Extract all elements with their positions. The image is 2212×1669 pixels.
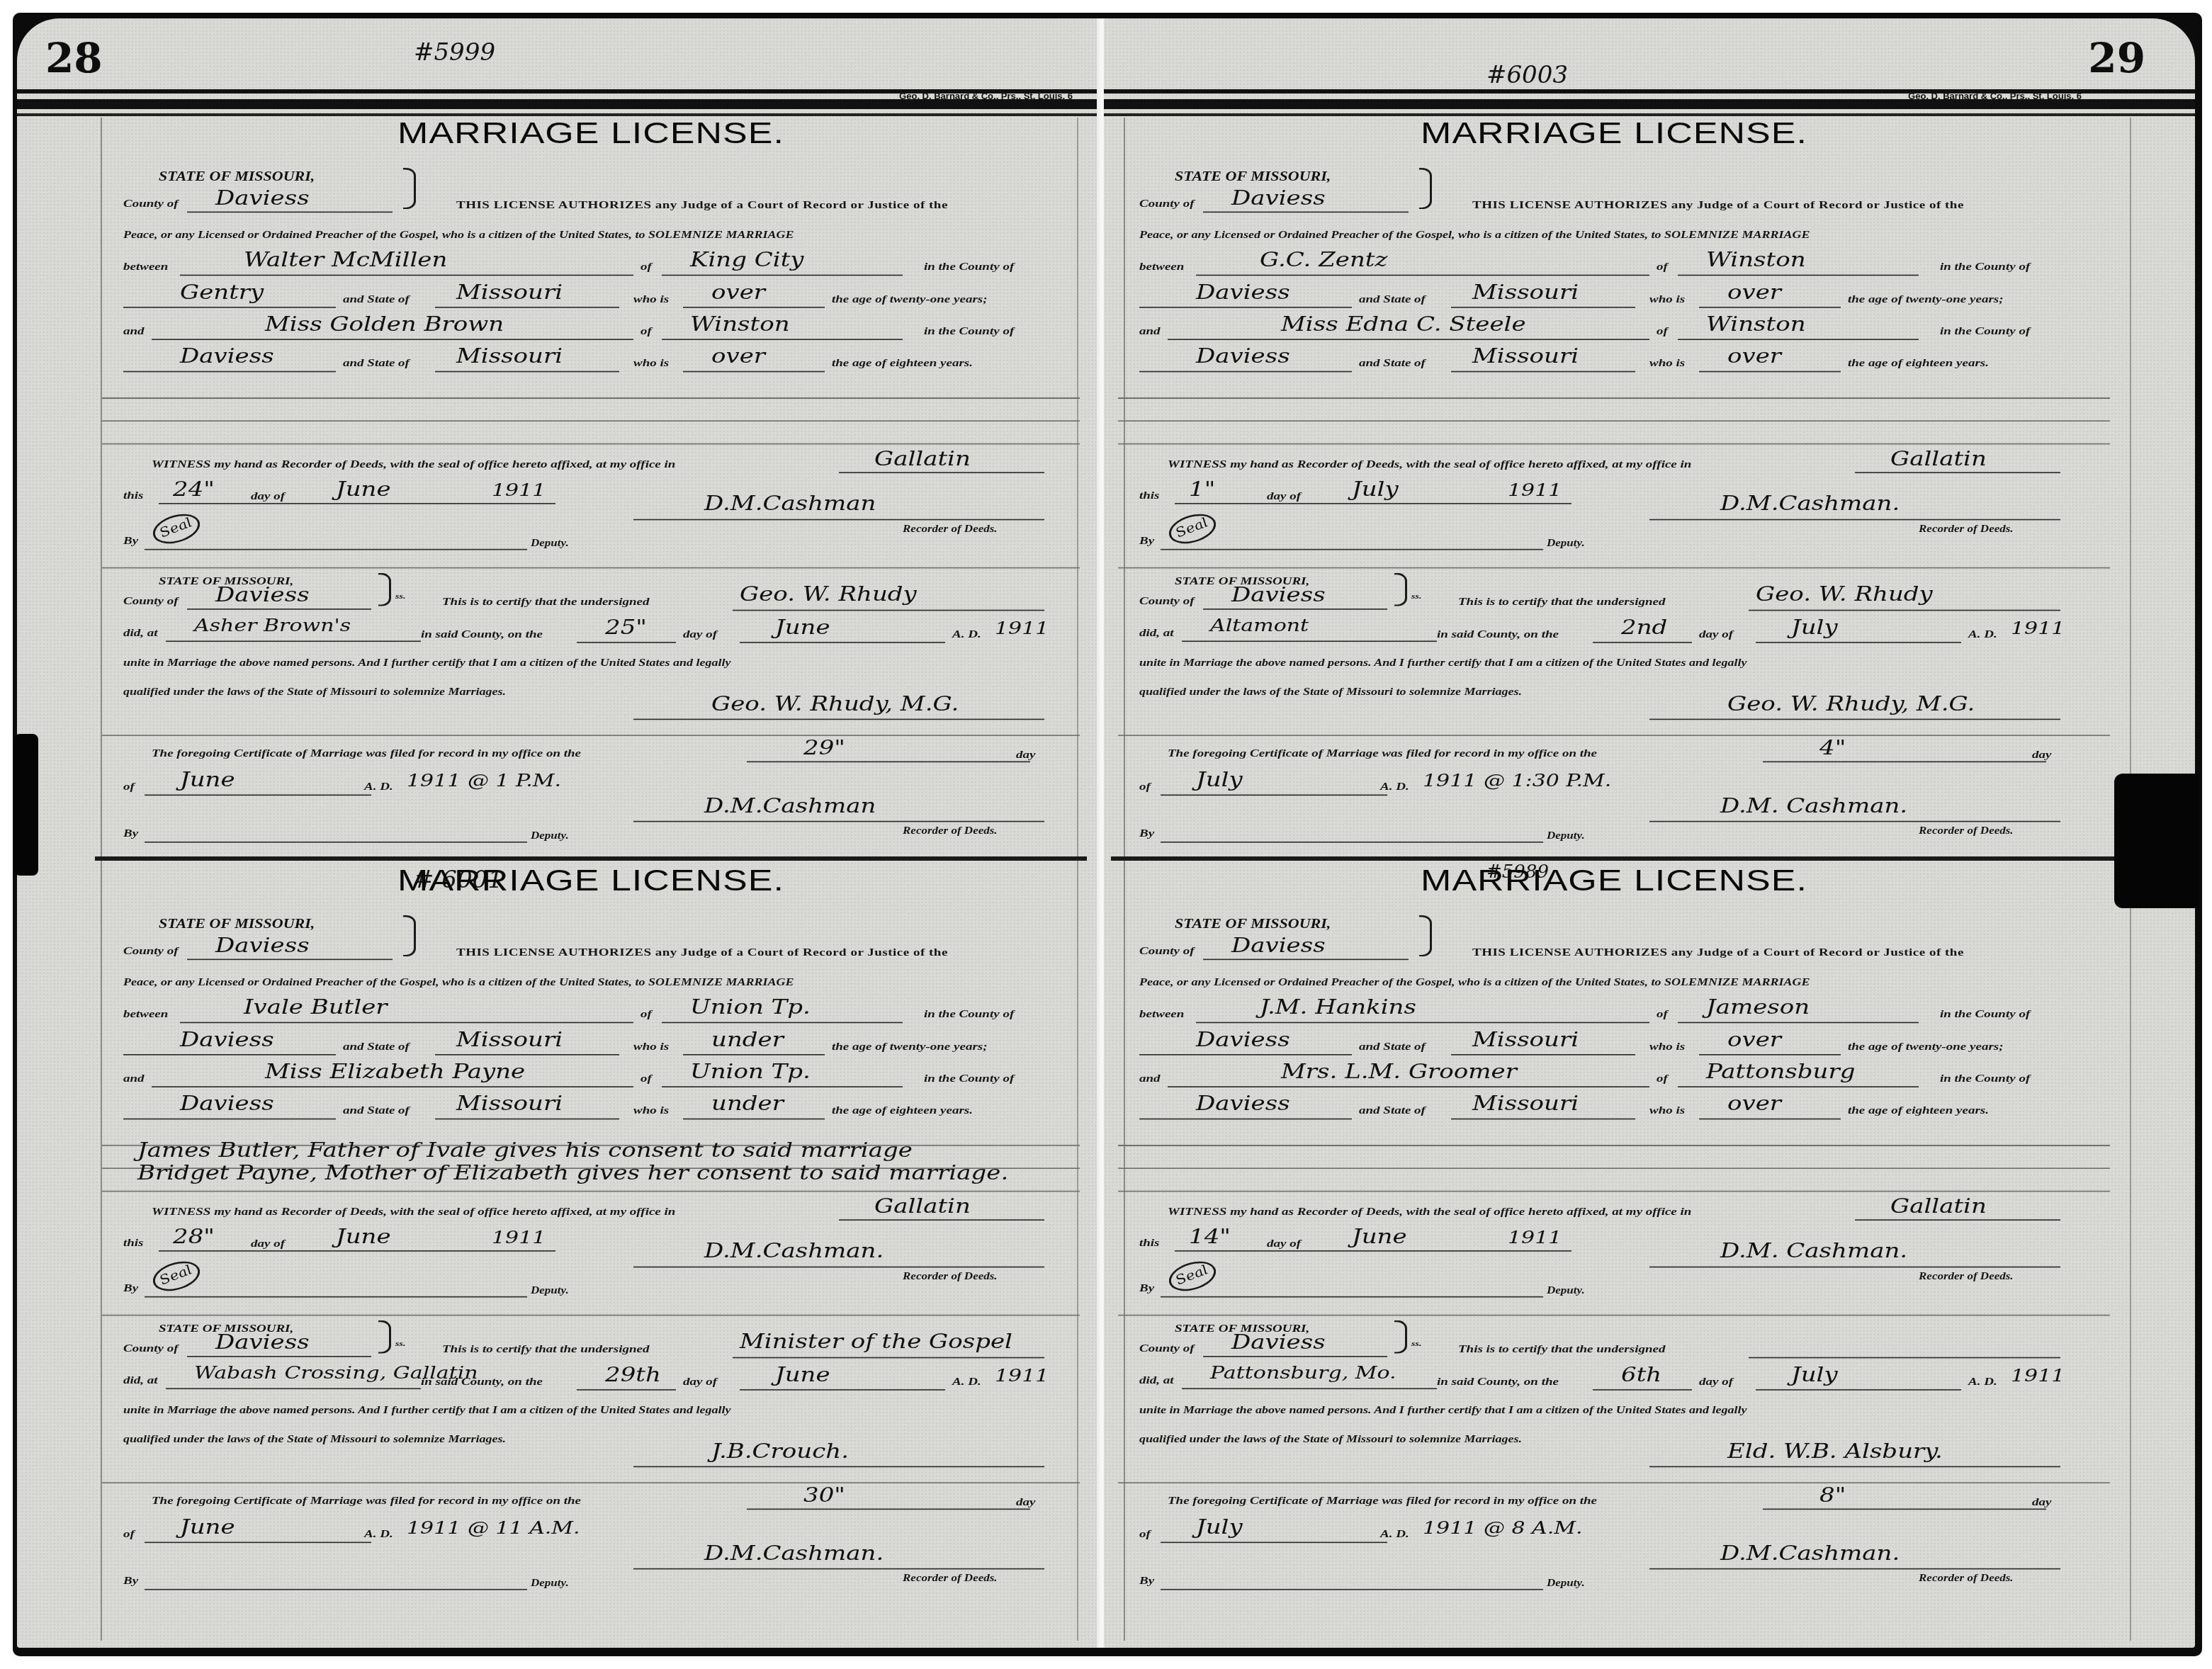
- cert-county: Daviess: [215, 1333, 310, 1353]
- printed-label: and State of: [1359, 293, 1426, 306]
- fill-in-rule: [839, 1219, 1044, 1221]
- groom-age-status: under: [711, 1030, 784, 1050]
- license-content: MARRIAGE LICENSE. STATE OF MISSOURI, Cou…: [123, 858, 1059, 1598]
- seal-mark: Seal: [1163, 1256, 1222, 1297]
- printed-label: Deputy.: [531, 1285, 569, 1296]
- printed-label: A. D.: [1380, 781, 1409, 793]
- printed-label: in the County of: [924, 1008, 1014, 1021]
- printed-label: day of: [1699, 1376, 1733, 1388]
- officiant-title: Geo. W. Rhudy: [740, 584, 917, 604]
- officiant-title: Minister of the Gospel: [740, 1332, 1012, 1352]
- license-title: MARRIAGE LICENSE.: [123, 116, 1059, 151]
- section-divider: [1118, 420, 2110, 422]
- filing-section: The foregoing Certificate of Marriage wa…: [1139, 735, 2089, 849]
- printed-label: and State of: [343, 1041, 410, 1053]
- issue-year: 1911: [1508, 482, 1562, 499]
- fill-in-rule: [187, 609, 371, 610]
- groom-state: Missouri: [456, 1030, 563, 1050]
- groom-county: Daviess: [180, 1030, 274, 1050]
- printed-label: of: [641, 1073, 652, 1085]
- fill-in-rule: [1175, 503, 1571, 504]
- printed-label: who is: [1649, 293, 1685, 306]
- groom-county: Gentry: [180, 283, 264, 302]
- printed-label: did, at: [1139, 1374, 1174, 1387]
- filing-text: The foregoing Certificate of Marriage wa…: [152, 747, 581, 760]
- fill-in-rule: [435, 1119, 619, 1120]
- printed-label: the age of twenty-one years;: [832, 293, 988, 306]
- fill-in-rule: [187, 959, 393, 961]
- bride-age-status: over: [711, 347, 765, 367]
- fill-in-rule: [1756, 1389, 1961, 1391]
- fill-in-rule: [1161, 842, 1543, 843]
- fill-in-rule: [1649, 719, 2060, 720]
- fill-in-rule: [166, 640, 421, 642]
- fill-in-rule: [1451, 307, 1635, 308]
- fill-in-rule: [1182, 640, 1437, 642]
- printed-label: Deputy.: [1547, 1578, 1585, 1589]
- brace: [403, 915, 416, 956]
- printed-label: in the County of: [924, 1073, 1014, 1085]
- printed-label: in the County of: [924, 261, 1014, 273]
- witness-text: WITNESS my hand as Recorder of Deeds, wi…: [152, 1206, 675, 1218]
- issue-year: 1911: [492, 1230, 546, 1247]
- marriage-year: 1911: [995, 1367, 1049, 1384]
- state-heading: STATE OF MISSOURI,: [159, 169, 315, 184]
- section-divider: [1118, 567, 2110, 569]
- printed-label: in said County, on the: [421, 1376, 543, 1388]
- printed-label: the age of twenty-one years;: [1848, 1041, 2004, 1053]
- bride-town: Union Tp.: [690, 1062, 811, 1082]
- margin-rule: [1077, 118, 1078, 1641]
- margin-rule: [101, 118, 102, 1641]
- printed-label: A. D.: [952, 628, 981, 641]
- fill-in-rule: [633, 719, 1044, 720]
- printed-label: the age of eighteen years.: [832, 357, 973, 370]
- printed-label: By: [123, 1282, 138, 1295]
- bride-county: Daviess: [180, 347, 274, 367]
- printed-label: and State of: [343, 1104, 410, 1117]
- fill-in-rule: [152, 1086, 633, 1087]
- section-divider: [102, 1191, 1080, 1192]
- license-title: MARRIAGE LICENSE.: [1139, 864, 2089, 898]
- section-divider: [1118, 1145, 2110, 1146]
- printed-label: and State of: [1359, 1104, 1426, 1117]
- issue-month: June: [1352, 1228, 1407, 1247]
- page-number: 28: [45, 34, 103, 82]
- margin-rule: [1124, 118, 1125, 1641]
- section-divider: [1118, 443, 2110, 445]
- printed-label: Deputy.: [1547, 538, 1585, 549]
- officiant-signature: Geo. W. Rhudy, M.G.: [1727, 695, 1975, 715]
- printed-label: in said County, on the: [421, 628, 543, 641]
- printed-label: and State of: [343, 357, 410, 370]
- fill-in-rule: [662, 1022, 903, 1024]
- marriage-month: June: [775, 618, 830, 638]
- printed-label: qualified under the laws of the State of…: [123, 686, 506, 698]
- cert-county: Daviess: [1231, 586, 1326, 606]
- printed-label: this: [1139, 1237, 1160, 1250]
- license-form: MARRIAGE LICENSE. STATE OF MISSOURI, Cou…: [1139, 858, 2089, 1598]
- bride-name: Miss Edna C. Steele: [1281, 315, 1526, 334]
- printed-label: of: [123, 1528, 135, 1541]
- printed-label: the age of eighteen years.: [832, 1104, 973, 1117]
- marriage-year: 1911: [995, 620, 1049, 637]
- fill-in-rule: [1139, 1119, 1352, 1120]
- section-divider: [102, 397, 1080, 399]
- printed-label: unite in Marriage the above named person…: [123, 657, 730, 669]
- license-form: MARRIAGE LICENSE. STATE OF MISSOURI, Cou…: [123, 858, 1059, 1598]
- fill-in-rule: [1678, 1022, 1919, 1024]
- county-value: Daviess: [1231, 188, 1326, 208]
- marriage-place: Pattonsburg, Mo.: [1210, 1365, 1396, 1382]
- printed-label: and State of: [1359, 357, 1426, 370]
- recorder-signature: D.M.Cashman.: [704, 1241, 884, 1261]
- printed-label: of: [641, 325, 652, 338]
- groom-state: Missouri: [456, 283, 563, 302]
- issue-day: 14": [1189, 1228, 1231, 1247]
- witness-text: WITNESS my hand as Recorder of Deeds, wi…: [152, 458, 675, 471]
- bride-state: Missouri: [456, 1094, 563, 1114]
- printed-label: Recorder of Deeds.: [1919, 1271, 2014, 1282]
- fill-in-rule: [633, 1466, 1044, 1468]
- right-page: 29 #6003 Geo. D. Barnard & Co., Prs., St…: [1104, 18, 2195, 1648]
- printed-label: in the County of: [1940, 325, 2030, 338]
- printed-label: this: [1139, 490, 1160, 502]
- printed-label: between: [1139, 261, 1184, 273]
- state-heading: STATE OF MISSOURI,: [1175, 917, 1331, 932]
- printed-label: unite in Marriage the above named person…: [1139, 657, 1747, 669]
- county-label: County of: [1139, 198, 1195, 210]
- fill-in-rule: [633, 519, 1044, 521]
- fill-in-rule: [1161, 1589, 1543, 1590]
- groom-age-status: over: [1727, 1030, 1781, 1050]
- fill-in-rule: [1699, 1119, 1841, 1120]
- fill-in-rule: [1649, 1568, 2060, 1570]
- groom-name: G.C. Zentz: [1260, 251, 1387, 271]
- printed-label: did, at: [123, 1374, 158, 1387]
- section-divider: [1118, 1191, 2110, 1192]
- printed-label: day of: [1267, 1238, 1301, 1250]
- printed-label: in the County of: [1940, 261, 2030, 273]
- printed-label: This is to certify that the undersigned: [1458, 596, 1665, 609]
- fill-in-rule: [633, 1267, 1044, 1268]
- printed-label: day: [2032, 1496, 2051, 1509]
- fill-in-rule: [1161, 549, 1543, 550]
- fill-in-rule: [839, 472, 1044, 473]
- license-form: MARRIAGE LICENSE. STATE OF MISSOURI, Cou…: [123, 111, 1059, 851]
- authorizes-text: THIS LICENSE AUTHORIZES any Judge of a C…: [456, 199, 948, 212]
- fill-in-rule: [123, 307, 336, 308]
- witness-text: WITNESS my hand as Recorder of Deeds, wi…: [1168, 1206, 1691, 1218]
- printed-label: Recorder of Deeds.: [903, 1573, 998, 1584]
- filing-text: The foregoing Certificate of Marriage wa…: [1168, 747, 1597, 760]
- fill-in-rule: [187, 212, 393, 213]
- bride-town: Winston: [690, 315, 790, 334]
- authorizes-text: THIS LICENSE AUTHORIZES any Judge of a C…: [1472, 199, 1964, 212]
- fill-in-rule: [1678, 339, 1919, 340]
- printed-label: ss.: [1411, 592, 1421, 601]
- witness-place: Gallatin: [1890, 449, 1987, 469]
- bride-age-status: over: [1727, 1094, 1781, 1114]
- filed-day: 30": [803, 1486, 845, 1505]
- printed-label: day of: [1267, 490, 1301, 503]
- bride-name: Miss Golden Brown: [265, 315, 504, 334]
- fill-in-rule: [1161, 1542, 1387, 1544]
- section-divider: [1118, 735, 2110, 736]
- printed-label: and State of: [343, 293, 410, 306]
- fill-in-rule: [683, 1119, 825, 1120]
- fill-in-rule: [733, 610, 1044, 611]
- fill-in-rule: [1649, 1466, 2060, 1468]
- fill-in-rule: [1699, 1054, 1841, 1056]
- witness-place: Gallatin: [874, 449, 971, 469]
- cert-county: Daviess: [215, 586, 310, 606]
- brace: [378, 1320, 391, 1354]
- fill-in-rule: [1649, 519, 2060, 521]
- printed-label: A. D.: [364, 1528, 393, 1541]
- bride-state: Missouri: [456, 347, 563, 367]
- issue-day: 28": [173, 1228, 215, 1247]
- printed-label: who is: [633, 293, 669, 306]
- filing-text: The foregoing Certificate of Marriage wa…: [1168, 1495, 1597, 1507]
- printed-label: ss.: [395, 592, 405, 601]
- state-heading: STATE OF MISSOURI,: [1175, 169, 1331, 184]
- printed-label: of: [1139, 781, 1151, 793]
- filed-day: 4": [1819, 738, 1846, 758]
- fill-in-rule: [683, 307, 825, 308]
- fill-in-rule: [166, 1388, 421, 1389]
- cert-county: Daviess: [1231, 1333, 1326, 1353]
- printed-label: Recorder of Deeds.: [903, 1271, 998, 1282]
- ledger-index-tab: [14, 734, 38, 876]
- printed-label: day of: [683, 1376, 717, 1388]
- fill-in-rule: [1593, 1389, 1692, 1391]
- section-divider: [1118, 397, 2110, 399]
- filed-year-time: 1911 @ 8 A.M.: [1423, 1520, 1583, 1537]
- groom-name: J.M. Hankins: [1260, 998, 1416, 1018]
- fill-in-rule: [152, 339, 633, 340]
- printed-label: did, at: [123, 627, 158, 640]
- authorizes-text: Peace, or any Licensed or Ordained Preac…: [123, 976, 794, 988]
- bride-town: Pattonsburg: [1706, 1062, 1855, 1082]
- bride-town: Winston: [1706, 315, 1806, 334]
- printed-label: By: [123, 535, 138, 548]
- fill-in-rule: [747, 1509, 1030, 1510]
- county-label: County of: [1139, 945, 1195, 958]
- license-content: MARRIAGE LICENSE. STATE OF MISSOURI, Cou…: [123, 111, 1059, 851]
- printed-label: day: [2032, 749, 2051, 762]
- printed-label: day of: [683, 628, 717, 641]
- parental-consent-note: Bridget Payne, Mother of Elizabeth gives…: [137, 1162, 1008, 1184]
- printed-label: unite in Marriage the above named person…: [1139, 1404, 1747, 1416]
- brace: [1394, 1320, 1407, 1354]
- fill-in-rule: [145, 1296, 527, 1298]
- recorder-signature: D.M. Cashman.: [1720, 1241, 1907, 1261]
- fill-in-rule: [145, 1542, 371, 1544]
- fill-in-rule: [1203, 1356, 1387, 1357]
- fill-in-rule: [1182, 1388, 1437, 1389]
- printed-label: By: [1139, 828, 1154, 841]
- brace: [378, 573, 391, 606]
- fill-in-rule: [1175, 1250, 1571, 1252]
- license-form: MARRIAGE LICENSE. STATE OF MISSOURI, Cou…: [1139, 111, 2089, 851]
- seal-mark: Seal: [1163, 509, 1222, 550]
- fill-in-rule: [1855, 472, 2060, 473]
- fill-in-rule: [1855, 1219, 2060, 1221]
- county-label: County of: [123, 945, 179, 958]
- printed-label: Deputy.: [1547, 830, 1585, 842]
- brace: [403, 168, 416, 209]
- fill-in-rule: [1451, 371, 1635, 373]
- state-heading: STATE OF MISSOURI,: [159, 917, 315, 932]
- fill-in-rule: [180, 275, 633, 276]
- issue-month: June: [336, 1228, 391, 1247]
- printed-label: day: [1016, 1496, 1035, 1509]
- groom-name: Walter McMillen: [244, 251, 447, 271]
- recorder-signature: D.M.Cashman.: [1720, 494, 1900, 514]
- printed-label: between: [1139, 1008, 1184, 1021]
- fill-in-rule: [740, 642, 945, 643]
- marriage-month: July: [1791, 1365, 1838, 1385]
- printed-label: By: [123, 828, 138, 841]
- printed-label: Recorder of Deeds.: [903, 825, 998, 837]
- fill-in-rule: [1756, 642, 1961, 643]
- section-divider: [102, 735, 1080, 736]
- printed-label: this: [123, 1237, 144, 1250]
- fill-in-rule: [1699, 371, 1841, 373]
- printed-label: A. D.: [1968, 628, 1997, 641]
- issue-day: 24": [173, 480, 215, 500]
- recorder-signature: D.M.Cashman: [704, 494, 876, 514]
- license-title: MARRIAGE LICENSE.: [1139, 116, 2089, 151]
- printed-label: and: [123, 325, 145, 338]
- filed-year-time: 1911 @ 1:30 P.M.: [1423, 773, 1611, 790]
- county-label: County of: [123, 198, 179, 210]
- marriage-place: Asher Brown's: [194, 618, 351, 635]
- groom-name: Ivale Butler: [244, 998, 388, 1018]
- fill-in-rule: [1203, 609, 1387, 610]
- license-number: #6003: [1486, 61, 1568, 89]
- bride-age-status: over: [1727, 347, 1781, 367]
- groom-state: Missouri: [1472, 1030, 1579, 1050]
- printed-label: Deputy.: [1547, 1285, 1585, 1296]
- fill-in-rule: [1451, 1054, 1635, 1056]
- printed-label: of: [1139, 1528, 1151, 1541]
- section-divider: [102, 1315, 1080, 1316]
- fill-in-rule: [1749, 1357, 2060, 1359]
- section-divider: [102, 420, 1080, 422]
- fill-in-rule: [1196, 275, 1649, 276]
- ledger-index-tab: [2114, 774, 2199, 908]
- filed-month: July: [1196, 771, 1243, 791]
- printed-label: between: [123, 261, 168, 273]
- fill-in-rule: [1763, 1509, 2046, 1510]
- printed-label: County of: [123, 595, 179, 608]
- printed-label: day: [1016, 749, 1035, 762]
- printed-label: County of: [1139, 1342, 1195, 1355]
- fill-in-rule: [662, 1086, 903, 1087]
- fill-in-rule: [1649, 821, 2060, 822]
- marriage-month: July: [1791, 618, 1838, 638]
- printed-label: day of: [251, 1238, 285, 1250]
- bride-name: Mrs. L.M. Groomer: [1281, 1062, 1517, 1082]
- printed-label: in the County of: [1940, 1073, 2030, 1085]
- fill-in-rule: [1203, 212, 1409, 213]
- brace: [1394, 573, 1407, 606]
- printed-label: and: [123, 1073, 145, 1085]
- brace: [1419, 168, 1432, 209]
- filed-day: 29": [803, 738, 845, 758]
- printed-label: qualified under the laws of the State of…: [1139, 686, 1522, 698]
- groom-age-status: over: [1727, 283, 1781, 302]
- filed-month: June: [180, 1518, 235, 1538]
- printed-label: Deputy.: [531, 538, 569, 549]
- printed-label: By: [1139, 1282, 1154, 1295]
- issue-month: June: [336, 480, 391, 500]
- bride-name: Miss Elizabeth Payne: [265, 1062, 525, 1082]
- printed-label: in the County of: [924, 325, 1014, 338]
- marriage-year: 1911: [2011, 620, 2065, 637]
- marriage-day: 2nd: [1621, 618, 1667, 638]
- fill-in-rule: [145, 549, 527, 550]
- filing-section: The foregoing Certificate of Marriage wa…: [1139, 1482, 2089, 1597]
- fill-in-rule: [1451, 1119, 1635, 1120]
- authorizes-text: Peace, or any Licensed or Ordained Preac…: [1139, 976, 1810, 988]
- fill-in-rule: [633, 821, 1044, 822]
- license-content: MARRIAGE LICENSE. STATE OF MISSOURI, Cou…: [1139, 111, 2089, 851]
- license-title: MARRIAGE LICENSE.: [123, 864, 1059, 898]
- printed-label: the age of twenty-one years;: [1848, 293, 2004, 306]
- filed-month: July: [1196, 1518, 1243, 1538]
- fill-in-rule: [577, 1389, 676, 1391]
- fill-in-rule: [1168, 1086, 1649, 1087]
- witness-place: Gallatin: [874, 1196, 971, 1216]
- marriage-day: 25": [605, 618, 647, 638]
- printed-label: of: [641, 1008, 652, 1021]
- printed-label: between: [123, 1008, 168, 1021]
- printed-label: who is: [633, 357, 669, 370]
- license-content: MARRIAGE LICENSE. STATE OF MISSOURI, Cou…: [1139, 858, 2089, 1598]
- groom-town: Jameson: [1706, 998, 1810, 1018]
- fill-in-rule: [1678, 1086, 1919, 1087]
- filed-recorder-signature: D.M.Cashman.: [704, 1544, 884, 1564]
- issue-year: 1911: [492, 482, 546, 499]
- printed-label: and: [1139, 325, 1161, 338]
- fill-in-rule: [683, 1054, 825, 1056]
- fill-in-rule: [740, 1389, 945, 1391]
- printed-label: By: [1139, 535, 1154, 548]
- fill-in-rule: [577, 642, 676, 643]
- printed-label: Recorder of Deeds.: [1919, 524, 2014, 535]
- section-divider: [102, 567, 1080, 569]
- printed-label: By: [123, 1575, 138, 1588]
- printed-label: the age of twenty-one years;: [832, 1041, 988, 1053]
- section-divider: [1118, 1482, 2110, 1483]
- officiant-signature: Geo. W. Rhudy, M.G.: [711, 695, 959, 715]
- fill-in-rule: [1593, 642, 1692, 643]
- fill-in-rule: [159, 1250, 555, 1252]
- bride-age-status: under: [711, 1094, 784, 1114]
- fill-in-rule: [747, 762, 1030, 763]
- printed-label: qualified under the laws of the State of…: [1139, 1433, 1522, 1445]
- authorizes-text: THIS LICENSE AUTHORIZES any Judge of a C…: [1472, 946, 1964, 959]
- printed-label: By: [1139, 1575, 1154, 1588]
- fill-in-rule: [1161, 795, 1387, 796]
- issue-day: 1": [1189, 480, 1215, 500]
- printed-label: A. D.: [1380, 1528, 1409, 1541]
- county-value: Daviess: [215, 188, 310, 208]
- printed-label: A. D.: [952, 1376, 981, 1388]
